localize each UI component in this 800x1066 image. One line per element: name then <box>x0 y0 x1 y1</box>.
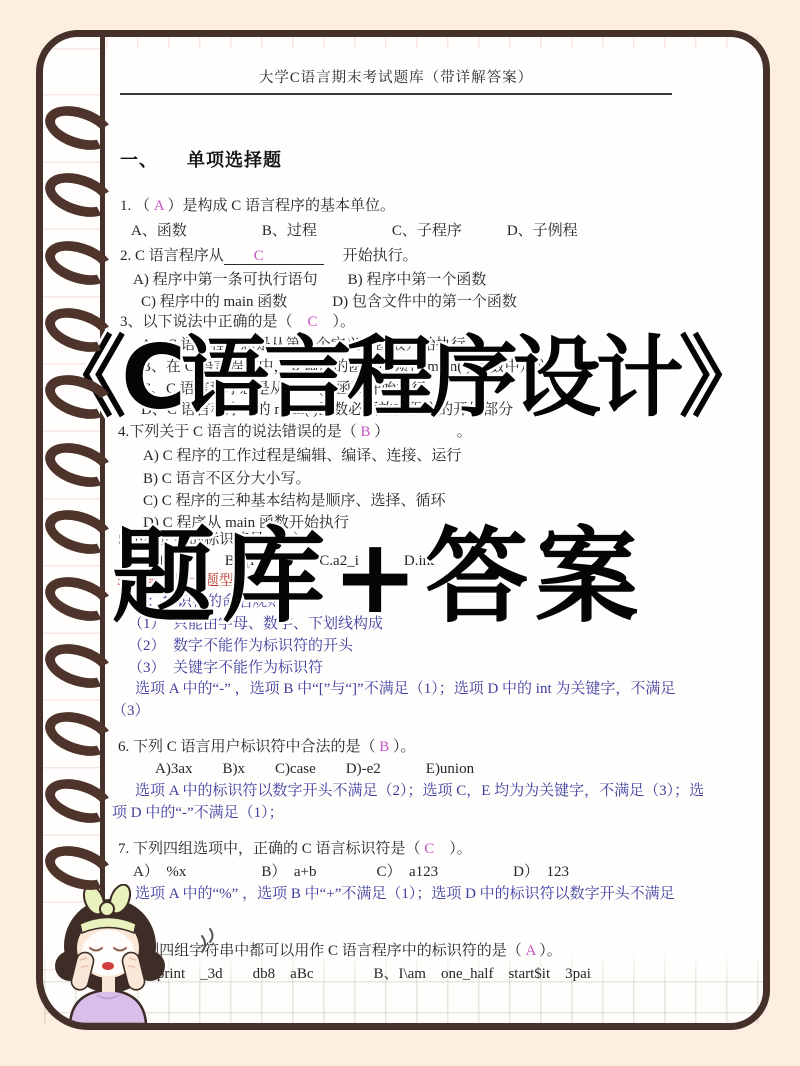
doc-text: 6. 下列 C 语言用户标识符中合法的是（ <box>118 739 379 755</box>
doc-line: （3） <box>112 701 150 721</box>
doc-text: （3） 关键字不能作为标识符 <box>128 660 323 676</box>
doc-text: 开始执行。 <box>324 248 418 264</box>
doc-line: 选项 A 中的标识符以数字开头不满足（2）；选项 C，E 均为为关键字，不满足（… <box>135 781 704 801</box>
doc-line: A) 程序中第一条可执行语句 B) 程序中第一个函数 <box>133 270 486 290</box>
doc-line: 2. C 语言程序从 C 开始执行。 <box>120 246 418 266</box>
section-heading: 一、 单项选择题 <box>120 146 282 172</box>
doc-text: 7. 下列四组选项中，正确的 C 语言标识符是（ <box>118 841 424 857</box>
doc-text <box>264 248 324 265</box>
doc-text: A） %x B） a+b C） a123 D） 123 <box>133 864 569 880</box>
doc-text: A、函数 B、过程 C、子程序 D、子例程 <box>131 223 578 239</box>
girl-shirt <box>70 990 146 1024</box>
answer-letter: A <box>154 198 164 214</box>
document-title: 大学C语言期末考试题库（带详解答案） <box>120 66 672 87</box>
doc-line: A） %x B） a+b C） a123 D） 123 <box>133 862 569 882</box>
doc-text: B) C 语言不区分大小写。 <box>143 471 311 487</box>
doc-text: （3） <box>112 703 150 719</box>
doc-text <box>224 248 254 265</box>
doc-text: ）。 <box>434 841 472 857</box>
doc-text: 选项 A 中的“-” ，选项 B 中“[”与“]”不满足（1）；选项 D 中的 … <box>135 681 675 697</box>
doc-text: A) C 程序的工作过程是编辑、编译、连接、运行 <box>143 448 461 464</box>
answer-letter: A <box>526 943 536 959</box>
doc-text: ）是构成 C 语言程序的基本单位。 <box>164 198 395 214</box>
doc-text: ）。 <box>536 943 562 959</box>
doc-text: A) 程序中第一条可执行语句 B) 程序中第一个函数 <box>133 272 486 288</box>
overlay-title-book: 《C语言程序设计》 <box>0 308 800 434</box>
doc-line: B) C 语言不区分大小写。 <box>143 469 311 489</box>
doc-text: A)3ax B)x C)case D)-e2 E)union <box>155 761 474 777</box>
answer-letter: C <box>424 841 434 857</box>
doc-line: 6. 下列 C 语言用户标识符中合法的是（ B ）。 <box>118 737 416 757</box>
doc-line: A)3ax B)x C)case D)-e2 E)union <box>155 759 474 779</box>
doc-text: 1. （ <box>120 198 154 214</box>
girl-lips <box>102 962 114 970</box>
doc-line: A、函数 B、过程 C、子程序 D、子例程 <box>131 221 578 241</box>
doc-line: 1. （ A ）是构成 C 语言程序的基本单位。 <box>120 196 395 216</box>
answer-letter: C <box>254 248 264 265</box>
doc-line: 7. 下列四组选项中，正确的 C 语言标识符是（ C ）。 <box>118 839 472 859</box>
doc-line: （3） 关键字不能作为标识符 <box>128 658 323 678</box>
doc-text: 项 D 中的“-”不满足（1）； <box>112 805 284 821</box>
answer-letter: B <box>379 739 389 755</box>
doc-line: A) C 程序的工作过程是编辑、编译、连接、运行 <box>143 446 461 466</box>
doc-line: 项 D 中的“-”不满足（1）； <box>112 803 284 823</box>
doc-line: 选项 A 中的“-” ，选项 B 中“[”与“]”不满足（1）；选项 D 中的 … <box>135 679 675 699</box>
title-underline <box>120 93 672 95</box>
doc-text: 2. C 语言程序从 <box>120 248 224 264</box>
overlay-title-answers: 题库+答案 <box>112 494 645 642</box>
mascot-girl <box>50 884 222 1026</box>
motion-marks <box>202 929 213 952</box>
doc-text: ）。 <box>389 739 415 755</box>
doc-text: 选项 A 中的标识符以数字开头不满足（2）；选项 C，E 均为为关键字，不满足（… <box>135 783 704 799</box>
